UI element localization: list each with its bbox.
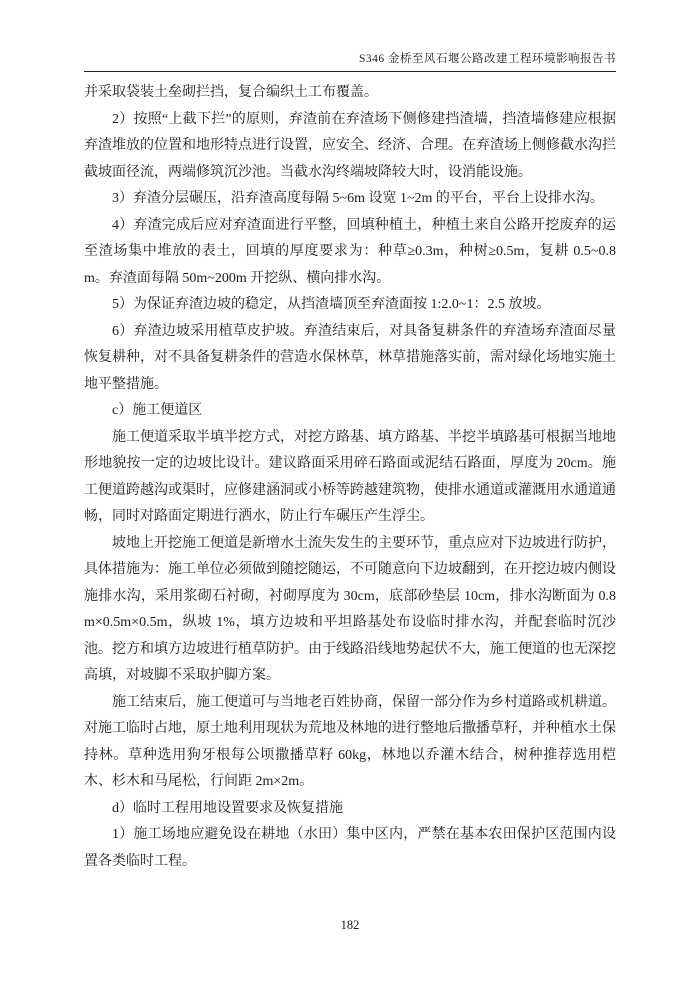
header-title: S346 金桥至风石堰公路改建工程环境影响报告书 [359,53,616,65]
page-header: S346 金桥至风石堰公路改建工程环境影响报告书 [84,0,616,72]
document-body: 并采取袋装土垒砌拦挡，复合编织土工布覆盖。2）按照“上截下拦”的原则，弃渣前在弃… [84,80,616,875]
paragraph-item-5: 5）为保证弃渣边坡的稳定，从挡渣墙顶至弃渣面按 1:2.0~1：2.5 放坡。 [84,292,616,319]
paragraph-item-1: 1）施工场地应避免设在耕地（水田）集中区内，严禁在基本农田保护区范围内设置各类临… [84,822,616,875]
paragraph-slope-protection: 坡地上开挖施工便道是新增水土流失发生的主要环节，重点应对下边坡进行防护，具体措施… [84,531,616,690]
paragraph-item-6: 6）弃渣边坡采用植草皮护坡。弃渣结束后，对具备复耕条件的弃渣场弃渣面尽量恢复耕种… [84,319,616,399]
document-page: S346 金桥至风石堰公路改建工程环境影响报告书 并采取袋装土垒砌拦挡，复合编织… [0,0,700,990]
paragraph-continuation: 并采取袋装土垒砌拦挡，复合编织土工布覆盖。 [84,80,616,107]
paragraph-item-2: 2）按照“上截下拦”的原则，弃渣前在弃渣场下侧修建挡渣墙，挡渣墙修建应根据弃渣堆… [84,107,616,187]
paragraph-item-3: 3）弃渣分层碾压，沿弃渣高度每隔 5~6m 设宽 1~2m 的平台，平台上设排水… [84,186,616,213]
paragraph-item-4: 4）弃渣完成后应对弃渣面进行平整，回填种植土，种植土来自公路开挖废弃的运至渣场集… [84,213,616,293]
page-footer: 182 [0,918,700,933]
paragraph-restoration: 施工结束后，施工便道可与当地老百姓协商，保留一部分作为乡村道路或机耕道。对施工临… [84,690,616,796]
heading-c: c）施工便道区 [84,398,616,425]
heading-d: d）临时工程用地设置要求及恢复措施 [84,796,616,823]
page-number: 182 [341,918,360,932]
paragraph-road-design: 施工便道采取半填半挖方式，对挖方路基、填方路基、半挖半填路基可根据当地地形地貌按… [84,425,616,531]
